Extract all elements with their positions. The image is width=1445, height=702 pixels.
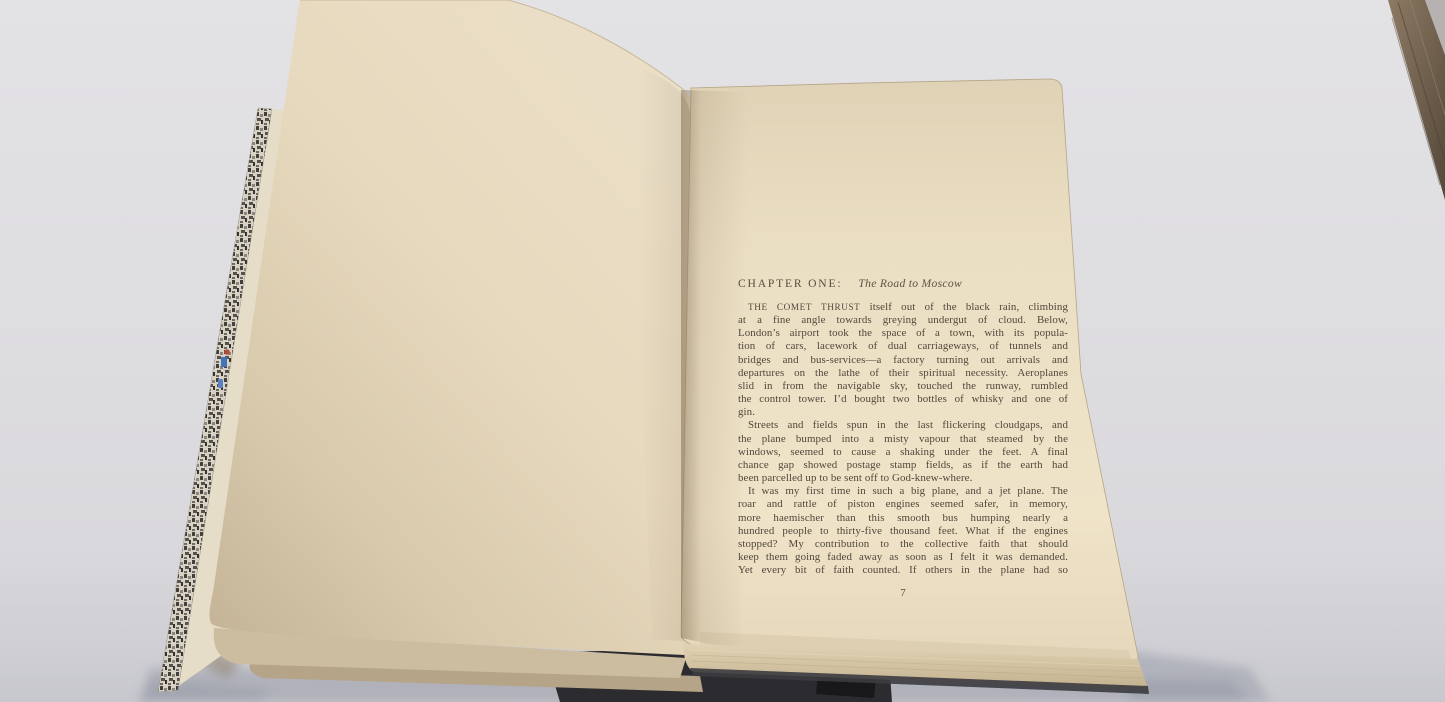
right-page-text: CHAPTER ONE:The Road to Moscow THE COMET… — [738, 277, 1068, 290]
chapter-heading: CHAPTER ONE:The Road to Moscow — [738, 277, 1068, 290]
text-line: been parcelled up to be sent off to God-… — [738, 472, 1068, 485]
text-line: tion of cars, lacework of dual carriagew… — [738, 340, 1068, 353]
text-line: keep them going faded away as soon as I … — [738, 551, 1068, 564]
text-line: windows, seemed to cause a shaking under… — [738, 446, 1068, 459]
text-line: more haemischer than this smooth bus hum… — [738, 512, 1068, 525]
text-line: gin. — [738, 406, 1068, 419]
text-line: London’s airport took the space of a tow… — [738, 327, 1068, 340]
text-line: the control tower. I’d bought two bottle… — [738, 393, 1068, 406]
jacket-blue-mark-2 — [218, 379, 223, 388]
chapter-label: CHAPTER ONE: — [738, 277, 842, 290]
book-illustration — [0, 0, 1445, 702]
text-line: THE COMET THRUST itself out of the black… — [738, 301, 1068, 314]
text-line: stopped? My contribution to the collecti… — [738, 538, 1068, 551]
text-line: the plane bumped into a misty vapour tha… — [738, 433, 1068, 446]
text-line: roar and rattle of piston engines seemed… — [738, 498, 1068, 511]
page-body-text: THE COMET THRUST itself out of the black… — [738, 301, 1068, 577]
text-line: departures on the lathe of their spiritu… — [738, 367, 1068, 380]
text-line: Yet every bit of faith counted. If other… — [738, 564, 1068, 577]
text-line: at a fine angle towards greying undergut… — [738, 314, 1068, 327]
text-line: Streets and fields spun in the last flic… — [738, 419, 1068, 432]
text-line: hundred people to thirty-five thousand f… — [738, 525, 1068, 538]
text-line: bridges and bus-services—a factory turni… — [738, 354, 1068, 367]
text-line: chance gap showed postage stamp fields, … — [738, 459, 1068, 472]
page-number: 7 — [738, 587, 1068, 599]
text-line: slid in from the navigable sky, touched … — [738, 380, 1068, 393]
left-page — [210, 0, 702, 655]
chapter-title: The Road to Moscow — [858, 277, 962, 290]
photo-of-open-book: CHAPTER ONE:The Road to Moscow THE COMET… — [0, 0, 1445, 702]
jacket-red-mark — [224, 349, 230, 355]
text-line: It was my first time in such a big plane… — [738, 485, 1068, 498]
jacket-blue-mark — [221, 357, 227, 367]
